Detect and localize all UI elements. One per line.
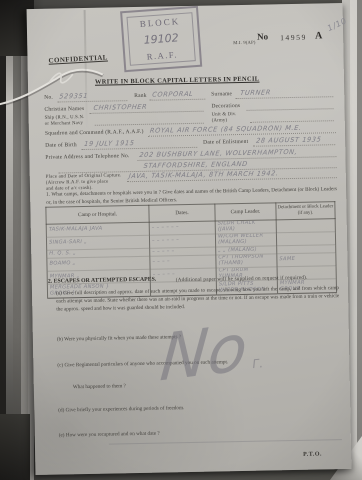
header-block-leader: Detachment or Block Leader (if any). bbox=[276, 202, 335, 221]
serial-suffix: A bbox=[315, 30, 322, 41]
block-stamp: BLOCK 19102 R.A.F. bbox=[120, 6, 202, 72]
serial-no-label: No bbox=[257, 31, 268, 41]
header-dates: Dates. bbox=[149, 204, 215, 223]
cell-block bbox=[276, 232, 335, 246]
serial-number: 14959 bbox=[280, 33, 307, 43]
pencil-side-mark: Γ. bbox=[252, 356, 264, 371]
cell-dates: – – – – bbox=[150, 255, 216, 269]
field-unit-line bbox=[250, 119, 334, 123]
stamp-block-number: 19102 bbox=[143, 31, 179, 46]
field-ship-label: Ship (R.N., U.S.N. or Merchant Navy bbox=[45, 115, 85, 128]
cell-leader: S/LDR CHALK (JAVA) bbox=[215, 220, 276, 234]
field-dob-label: Date of Birth bbox=[45, 142, 77, 149]
cell-dates: – – – – – – bbox=[149, 234, 215, 248]
cell-leader: W/COM WELLER (MALANG) bbox=[215, 233, 276, 247]
field-decorations-line bbox=[247, 107, 334, 111]
questionnaire-content: CONFIDENTIAL BLOCK 19102 R.A.F. M.I. 9(A… bbox=[0, 0, 362, 480]
cell-block: SAME bbox=[277, 253, 336, 267]
pencil-annotation: 1/10 bbox=[326, 16, 348, 33]
pto-footer: P.T.O. bbox=[303, 451, 322, 457]
stamp-raf: R.A.F. bbox=[146, 49, 178, 61]
field-address-label: Private Address and Telephone No. bbox=[45, 153, 129, 161]
question2-item-a: (a) Give full description and approx. da… bbox=[56, 284, 339, 314]
field-christian-label: Christian Names bbox=[44, 106, 84, 113]
question2-item-d: (d) Give briefly your experiences during… bbox=[58, 401, 338, 414]
field-no-label: No. bbox=[44, 95, 53, 101]
header-leader: Camp Leader. bbox=[215, 203, 276, 222]
instruction-banner: WRITE IN BLOCK CAPITAL LETTERS IN PENCIL bbox=[95, 76, 260, 86]
block-stamp-frame: BLOCK 19102 R.A.F. bbox=[126, 12, 195, 66]
answer-line bbox=[109, 438, 342, 444]
cell-dates: – – – – – – bbox=[149, 221, 215, 235]
pencil-scrawl-answer: No bbox=[158, 316, 250, 392]
field-rank-line bbox=[149, 98, 205, 101]
header-camp: Camp or Hospital. bbox=[46, 205, 149, 224]
field-squadron-label: Squadron and Command (R.A.F., A.A.F.) bbox=[45, 129, 144, 137]
form-reference: M.I. 9(AP) bbox=[233, 40, 255, 45]
field-decorations-label: Decorations bbox=[211, 103, 240, 110]
stamp-block-word: BLOCK bbox=[139, 16, 180, 29]
question2-item-e: (e) How were you recaptured and on what … bbox=[59, 426, 339, 439]
photo-of-document: CONFIDENTIAL BLOCK 19102 R.A.F. M.I. 9(A… bbox=[0, 0, 362, 480]
field-enlist-label: Date of Enlistment bbox=[203, 139, 248, 146]
field-surname-label: Surname bbox=[211, 91, 232, 97]
field-rank-label: Rank bbox=[134, 93, 147, 99]
field-unit-label: Unit & Div. (Army) bbox=[212, 112, 237, 124]
cell-block bbox=[276, 219, 335, 233]
cell-leader: CPT THOMPSON (THAMB) bbox=[216, 254, 277, 268]
field-enlist-line bbox=[253, 143, 335, 147]
